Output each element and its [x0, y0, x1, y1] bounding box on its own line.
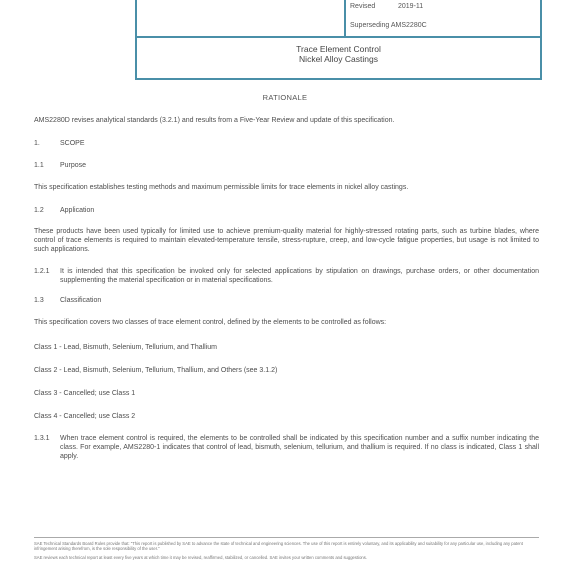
superseding-row: Superseding AMS2280C [350, 22, 427, 29]
section-classification-heading: 1.3Classification [34, 296, 539, 305]
document-title: Trace Element Control Nickel Alloy Casti… [137, 44, 540, 64]
section-number: 1.1 [34, 161, 60, 170]
title-line-2: Nickel Alloy Castings [137, 54, 540, 64]
class-item: Class 3 - Cancelled; use Class 1 [34, 389, 539, 398]
paragraph-number: 1.2.1 [34, 267, 60, 285]
application-text: These products have been used typically … [34, 227, 539, 254]
section-scope-heading: 1.SCOPE [34, 139, 539, 148]
footer-notice-1: SAE Technical Standards Board Rules prov… [34, 541, 539, 551]
revised-label: Revised [350, 3, 398, 10]
revised-row: Revised2019-11 [350, 3, 423, 10]
section-number: 1. [34, 139, 60, 148]
revised-value: 2019-11 [398, 3, 423, 10]
purpose-text: This specification establishes testing m… [34, 183, 539, 192]
footer-rule [34, 537, 539, 538]
section-title: Application [60, 207, 94, 214]
rationale-heading: RATIONALE [0, 93, 570, 102]
class-item: Class 2 - Lead, Bismuth, Selenium, Tellu… [34, 366, 539, 375]
document-header-box: Revised2019-11 Superseding AMS2280C Trac… [135, 0, 542, 80]
paragraph-text: When trace element control is required, … [60, 434, 539, 461]
section-title: SCOPE [60, 140, 85, 147]
superseding-value: AMS2280C [391, 22, 427, 29]
paragraph-1-2-1: 1.2.1 It is intended that this specifica… [34, 267, 539, 285]
section-purpose-heading: 1.1Purpose [34, 161, 539, 170]
section-number: 1.2 [34, 206, 60, 215]
section-application-heading: 1.2Application [34, 206, 539, 215]
rationale-text: AMS2280D revises analytical standards (3… [34, 116, 539, 125]
header-meta-row: Revised2019-11 Superseding AMS2280C [137, 0, 540, 38]
class-item: Class 4 - Cancelled; use Class 2 [34, 412, 539, 421]
paragraph-1-3-1: 1.3.1 When trace element control is requ… [34, 434, 539, 461]
section-title: Classification [60, 297, 101, 304]
classification-text: This specification covers two classes of… [34, 318, 539, 327]
title-line-1: Trace Element Control [137, 44, 540, 54]
paragraph-text: It is intended that this specification b… [60, 267, 539, 285]
superseding-label: Superseding [350, 22, 389, 29]
class-item: Class 1 - Lead, Bismuth, Selenium, Tellu… [34, 343, 539, 352]
paragraph-number: 1.3.1 [34, 434, 60, 461]
section-number: 1.3 [34, 296, 60, 305]
header-divider [344, 0, 346, 36]
section-title: Purpose [60, 162, 86, 169]
footer-notice-2: SAE reviews each technical report at lea… [34, 555, 539, 560]
